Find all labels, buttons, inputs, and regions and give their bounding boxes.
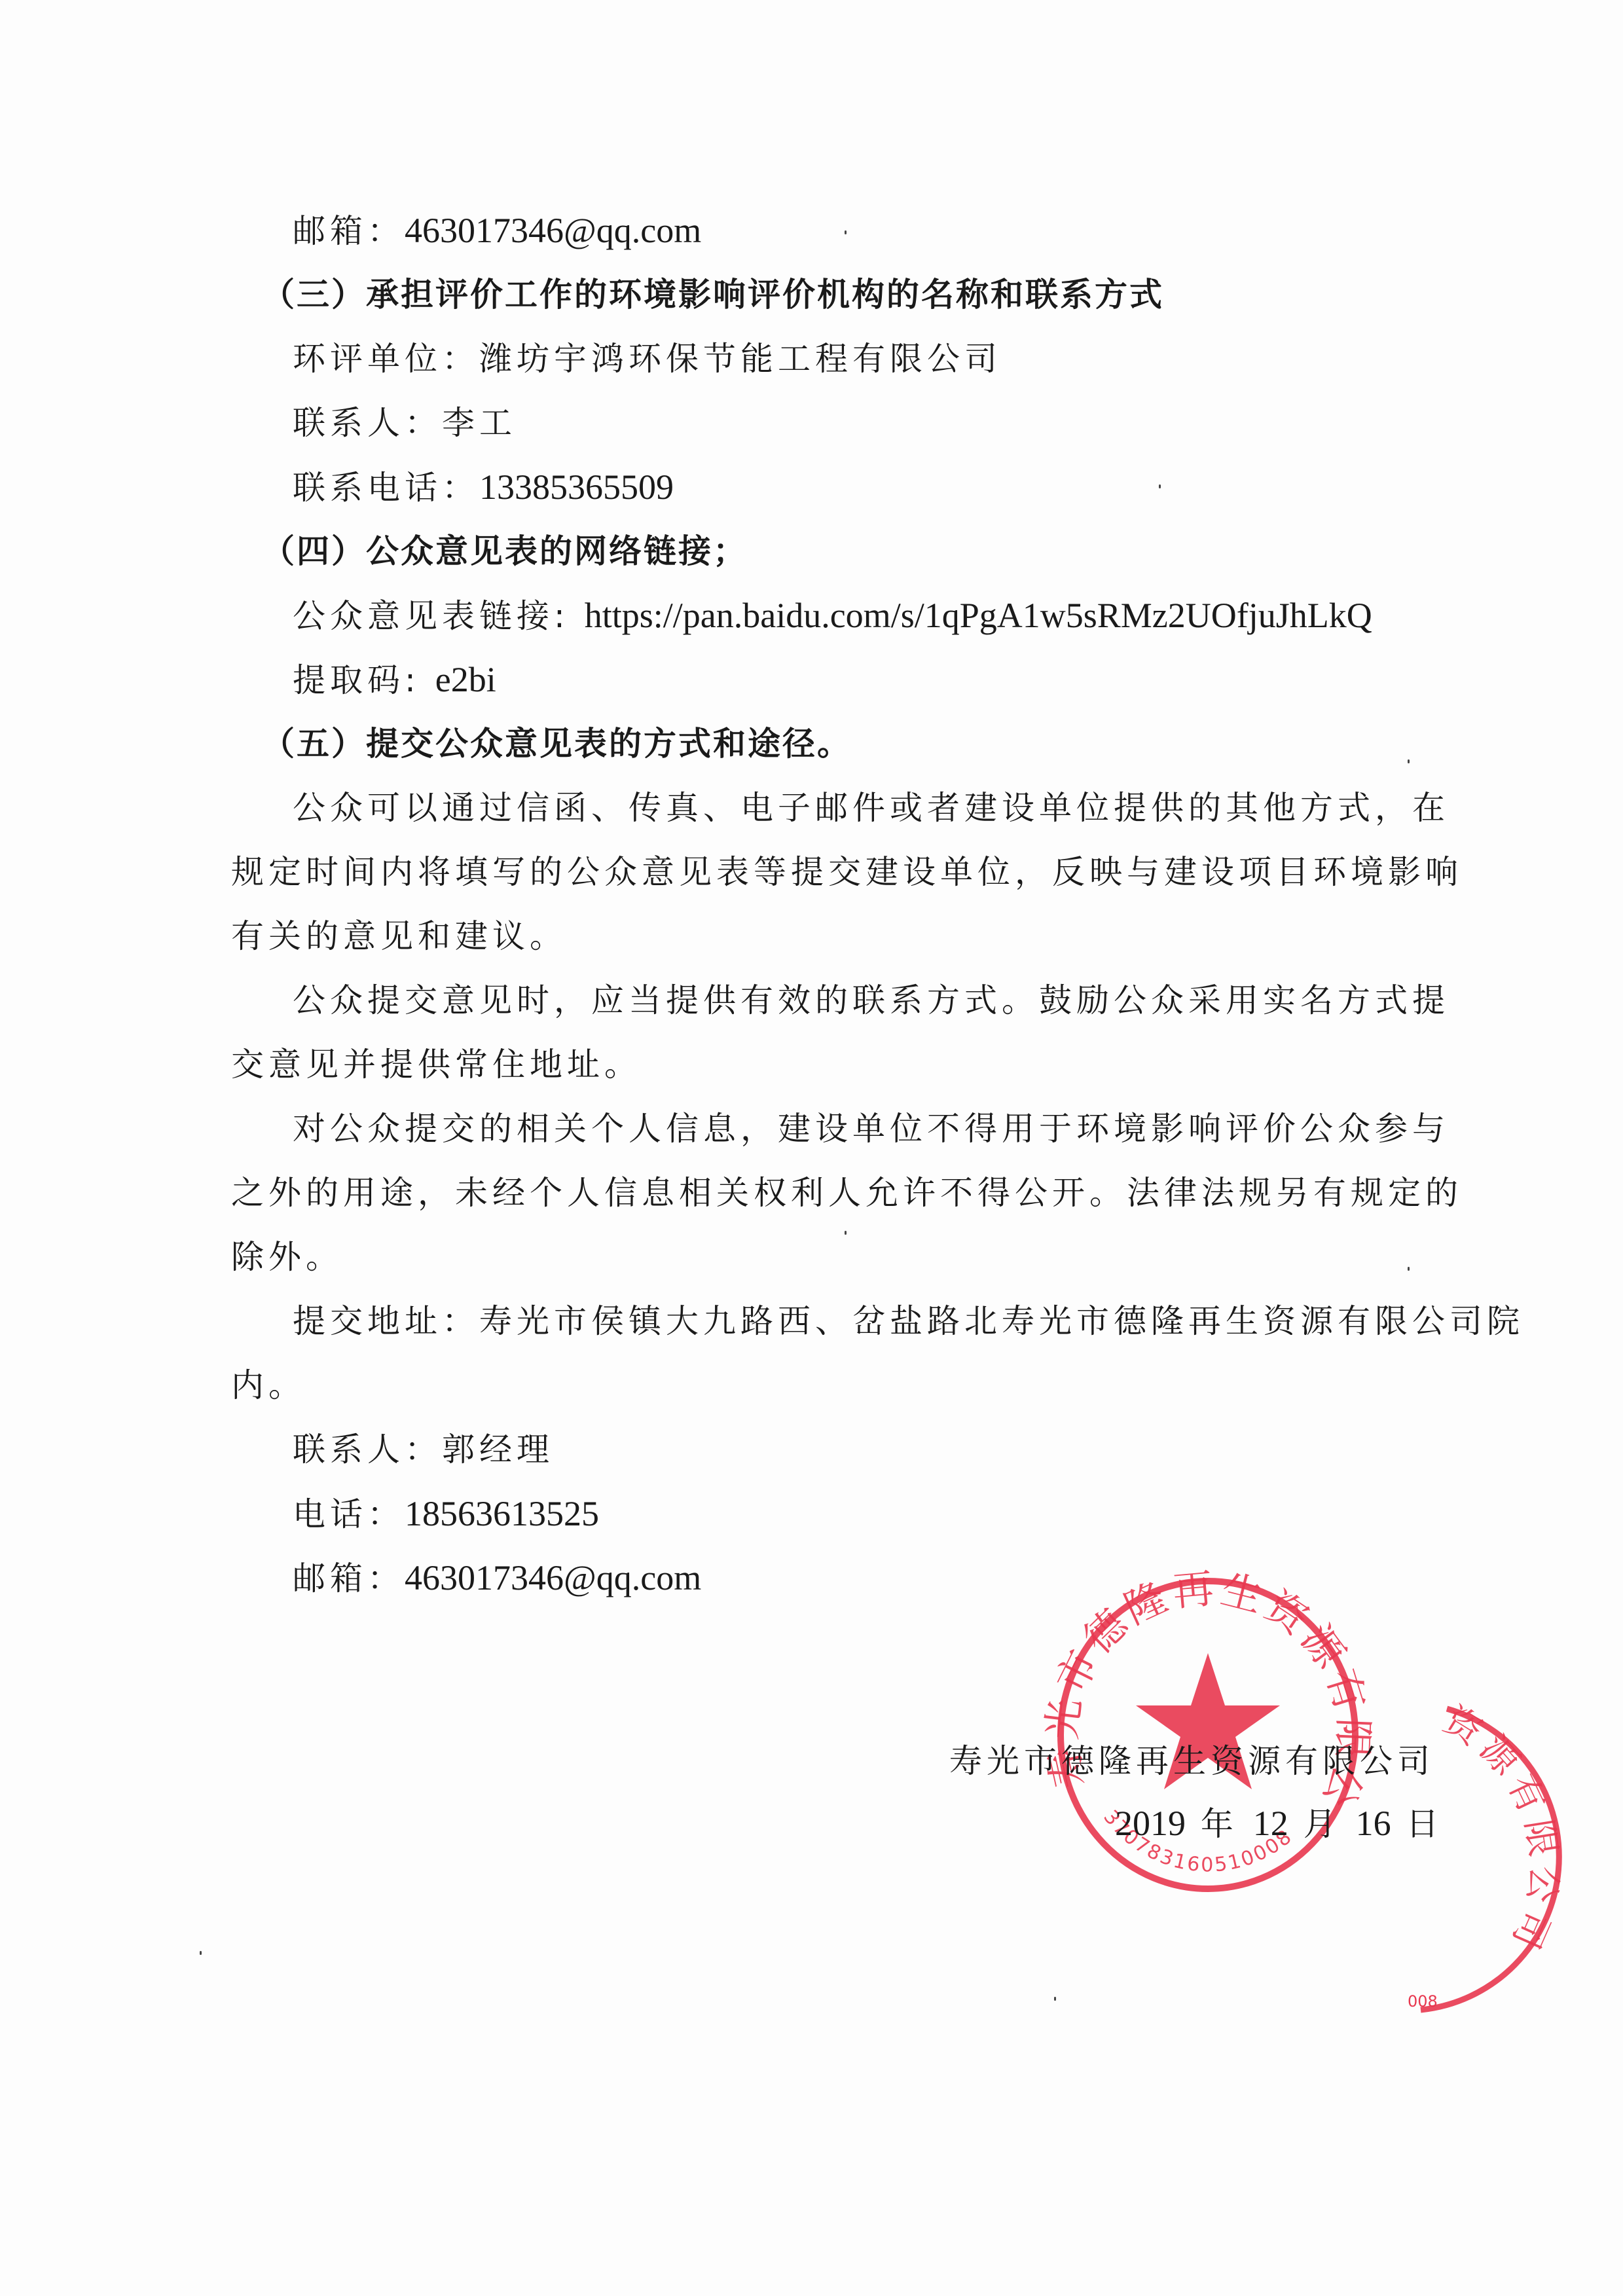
survey-link[interactable]: https://pan.baidu.com/s/1qPgA1w5sRMz2UOf…: [585, 596, 1372, 635]
code-line: 提取码: e2bi: [293, 660, 496, 700]
submit-contact-label: 联系人：: [293, 1430, 442, 1468]
email-label: 邮箱：: [293, 212, 405, 250]
phone-line: 联系电话：13385365509: [293, 467, 674, 507]
submit-email-line: 邮箱：463017346@qq.com: [293, 1558, 701, 1598]
scan-speck: [845, 1231, 847, 1235]
company-seal-icon: 寿光市德隆再生资源有限公司 370783160510008: [1041, 1568, 1375, 1902]
email-value: 463017346@qq.com: [405, 211, 701, 250]
date-day-unit: 日: [1391, 1805, 1444, 1843]
env-unit-label: 环评单位：: [293, 340, 479, 378]
submit-contact-value: 郭经理: [442, 1430, 554, 1468]
section3-heading: （三）承担评价工作的环境影响评价机构的名称和联系方式: [262, 275, 1164, 314]
code-value: e2bi: [435, 660, 496, 699]
scan-speck: [1408, 1267, 1410, 1271]
signature-company: 寿光市德隆再生资源有限公司: [949, 1741, 1434, 1781]
p3-line2: 之外的用途，未经个人信息相关权利人允许不得公开。法律法规另有规定的: [231, 1173, 1463, 1212]
link-label: 公众意见表链接:: [293, 597, 585, 635]
submit-phone-label: 电话：: [293, 1495, 405, 1533]
scan-speck: [1159, 484, 1161, 488]
p2-line2: 交意见并提供常住地址。: [231, 1045, 642, 1084]
contact-label: 联系人：: [293, 404, 442, 442]
svg-text:资源有限公司: 资源有限公司: [1436, 1702, 1566, 1961]
section4-heading: （四）公众意见表的网络链接；: [262, 532, 748, 571]
date-year: 2019: [1115, 1804, 1186, 1843]
scan-speck: [1054, 1997, 1056, 2001]
env-unit-line: 环评单位：潍坊宇鸿环保节能工程有限公司: [293, 339, 1002, 378]
top-email-line: 邮箱：463017346@qq.com: [293, 211, 701, 251]
p1-line3: 有关的意见和建议。: [231, 917, 567, 956]
submit-phone-line: 电话：18563613525: [293, 1494, 599, 1534]
scan-speck: [200, 1951, 202, 1955]
p1-line2: 规定时间内将填写的公众意见表等提交建设单位，反映与建设项目环境影响: [231, 852, 1463, 892]
submit-email-label: 邮箱：: [293, 1559, 405, 1597]
env-unit-value: 潍坊宇鸿环保节能工程有限公司: [479, 340, 1002, 378]
submit-contact-line: 联系人：郭经理: [293, 1430, 554, 1469]
phone-label: 联系电话：: [293, 469, 479, 507]
section5-heading: （五）提交公众意见表的方式和途径。: [262, 724, 852, 763]
submit-email-value: 463017346@qq.com: [405, 1558, 701, 1597]
scan-speck: [1408, 759, 1410, 763]
signature-date: 2019 年 12 月 16 日: [1115, 1804, 1444, 1844]
contact-value: 李工: [442, 404, 517, 442]
p1-line1: 公众可以通过信函、传真、电子邮件或者建设单位提供的其他方式，在: [293, 788, 1450, 828]
date-month-unit: 月: [1288, 1805, 1356, 1843]
date-year-unit: 年: [1186, 1805, 1253, 1843]
contact-line: 联系人：李工: [293, 403, 517, 443]
scan-speck: [845, 230, 847, 234]
code-label: 提取码:: [293, 661, 435, 699]
p4-line1: 提交地址：寿光市侯镇大九路西、岔盐路北寿光市德隆再生资源有限公司院: [293, 1302, 1524, 1341]
svg-text:008: 008: [1408, 1992, 1438, 2011]
p3-line1: 对公众提交的相关个人信息，建设单位不得用于环境影响评价公众参与: [293, 1109, 1450, 1148]
link-line: 公众意见表链接: https://pan.baidu.com/s/1qPgA1w…: [293, 596, 1372, 636]
phone-value: 13385365509: [479, 467, 674, 507]
p3-line3: 除外。: [231, 1237, 343, 1277]
p4-line2: 内。: [231, 1366, 306, 1405]
date-day: 16: [1356, 1804, 1391, 1843]
date-month: 12: [1253, 1804, 1288, 1843]
submit-phone-value: 18563613525: [405, 1494, 599, 1533]
p2-line1: 公众提交意见时，应当提供有效的联系方式。鼓励公众采用实名方式提: [293, 981, 1450, 1020]
